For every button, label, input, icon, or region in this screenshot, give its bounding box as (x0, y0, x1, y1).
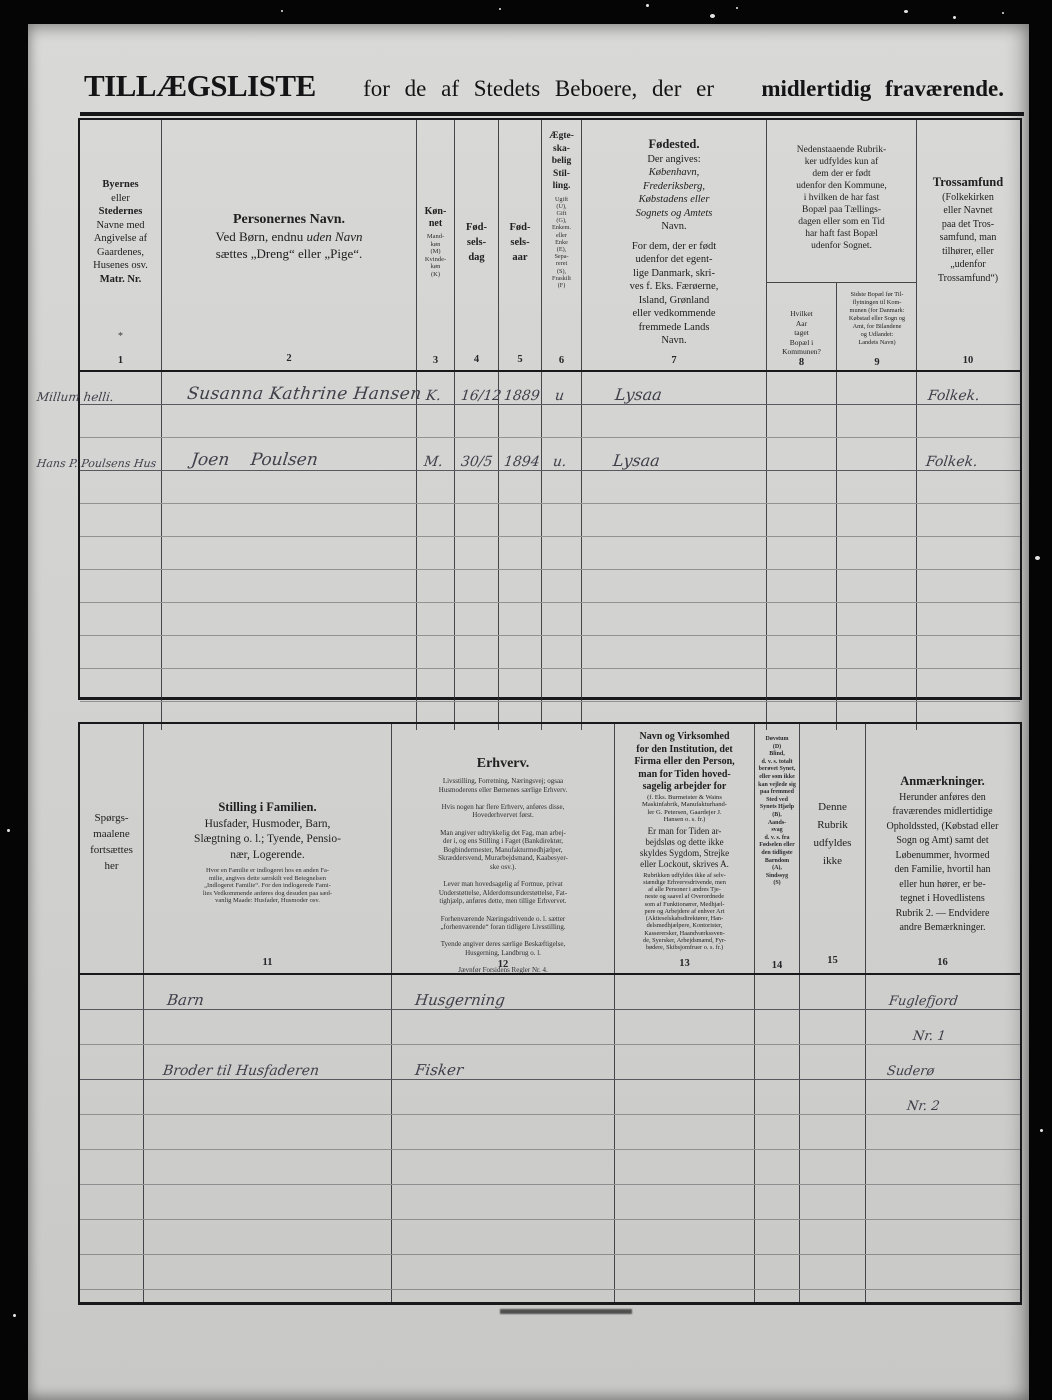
t1-col8-num: 8 (767, 358, 836, 368)
table-upper: Byernes eller Stedernes Navne med Angive… (78, 118, 1022, 700)
scan-speck (499, 8, 501, 10)
t1-col4-bold: Fød- sels- dag (455, 220, 498, 265)
t2-row-empty (80, 1115, 1020, 1150)
t1-r2-name: Joen Poulsen (190, 450, 319, 470)
t2-row-entry-1: Barn Husgerning Fuglefjord (80, 975, 1020, 1010)
t2-col13-head: Navn og Virksomhed for den Institution, … (615, 731, 754, 794)
t1-col2-title: Personernes Navn. (233, 212, 345, 227)
t1-row-empty (80, 603, 1020, 636)
form-title-emphasis: midlertidig fraværende. (761, 76, 1004, 102)
title-rule (80, 112, 1024, 116)
table-lower-header: Spørgs- maalene fortsættes her Stilling … (80, 724, 1020, 975)
t2-col16-header: Anmærkninger. Herunder anføres den fravæ… (866, 724, 1019, 973)
t2-row-empty (80, 1255, 1020, 1290)
t2-col11-num: 11 (144, 955, 391, 971)
t1-col6-small: Ugift (U), Gift (G), Enkem. eller Enke (… (542, 196, 581, 290)
t2-col12-fine: Livsstilling, Forretning, Næringsvej; og… (392, 777, 614, 975)
t1-r1-birthplace-cell: Lysaa (582, 372, 767, 404)
t2-col16-title: Anmærkninger. (900, 774, 985, 788)
t2-r2-position-cell: Broder til Husfaderen (144, 1045, 392, 1079)
t2-col13-fine1: (f. Eks. Burmeister & Wains Maskinfabrik… (615, 794, 754, 824)
t2-row-empty (80, 1290, 1020, 1302)
t1-col1-lines: Navne med Angivelse af Gaardenes, Husene… (80, 219, 161, 273)
t1-col2-sub1a: Ved Børn, endnu (216, 229, 307, 244)
t1-r1-place: Millum helli. (36, 390, 115, 404)
scan-speck (736, 7, 738, 9)
t1-col8-9-group: Nedenstaaende Rubrik- ker udfyldes kun a… (767, 120, 917, 370)
t1-col8-9-subheaders: Hvilket Aar taget Bopæl i Kommunen? 8 Si… (767, 283, 916, 370)
scan-speck (1035, 556, 1040, 560)
t1-col10-title: Trossamfund (933, 175, 1003, 189)
t2-r1-occupation: Husgerning (414, 991, 506, 1009)
t1-col3-num: 3 (417, 355, 454, 367)
t1-r2-year-moved-cell (767, 438, 837, 470)
t1-r2-birthday: 30/5 (460, 454, 493, 470)
t1-r2-sex: M. (423, 454, 444, 470)
t1-r2-name-cell: Joen Poulsen (162, 438, 417, 470)
t1-col7-num: 7 (582, 354, 766, 368)
t1-col9-lines: Sidste Bopæl før Til- flytningen til Kom… (837, 291, 917, 347)
t1-row-empty (80, 636, 1020, 669)
t1-col7-p1b: Navn. (661, 221, 686, 232)
t1-r1-birthyear-cell: 1889 (499, 372, 542, 404)
t2-r2-position: Broder til Husfaderen (162, 1063, 320, 1079)
form-title-main: TILLÆGSLISTE (84, 68, 316, 104)
t2-col15-header: Denne Rubrik udfyldes ikke 15 (800, 724, 866, 973)
t1-col1-b1: Byernes (102, 179, 138, 190)
t1-r1-denomination-cell: Folkek. (917, 372, 1019, 404)
t2-col12-num: 12 (392, 959, 614, 970)
t2-r1-remark-line1: Fuglefjord (888, 994, 959, 1009)
t2-row: Nr. 1 (80, 1010, 1020, 1045)
t1-col7-p1-italic: København, Frederiksberg, Købstadens ell… (582, 166, 766, 220)
t1-col2-header: Personernes Navn. Ved Børn, endnu uden N… (162, 120, 417, 370)
t2-r1-remark-line2: Nr. 1 (912, 1029, 947, 1044)
t1-col3-small: Mand- køn (M) Kvinde- køn (K) (417, 233, 454, 279)
t2-col11-title: Stilling i Familien. (218, 800, 316, 814)
t1-col1-n1: eller (111, 193, 130, 204)
t2-r1-remark-cell-1: Fuglefjord (866, 975, 1019, 1009)
t1-col2-num: 2 (162, 350, 416, 367)
t2-col12-title: Erhverv. (477, 756, 530, 771)
t2-r2-remark-cell-2: Nr. 2 (866, 1080, 1019, 1114)
t1-r1-last-residence-cell (837, 372, 917, 404)
t1-r2-status-cell: u. (542, 438, 582, 470)
t2-col11-fine: Hvor en Familie er indlogeret hos en and… (144, 867, 391, 905)
t1-col7-p2: For dem, der er født udenfor det egent- … (582, 240, 766, 348)
t1-r2-status: u. (552, 454, 567, 470)
t1-r1-sex: K. (425, 388, 442, 404)
t1-row-empty (80, 471, 1020, 504)
t1-r1-name-cell: Susanna Kathrine Hansen (162, 372, 417, 404)
scan-speck (646, 4, 649, 7)
t1-col10-num: 10 (917, 354, 1019, 368)
t1-r2-sex-cell: M. (417, 438, 455, 470)
t2-col15-lines: Denne Rubrik udfyldes ikke (800, 798, 865, 870)
t1-col5-bold: Fød- sels- aar (499, 220, 541, 265)
t1-col2-sub2: sættes „Dreng“ eller „Pige“. (216, 246, 363, 261)
scan-speck (13, 1314, 16, 1317)
t1-r2-denomination: Folkek. (925, 454, 979, 470)
t2-col11-header: Stilling i Familien. Husfader, Husmoder,… (144, 724, 392, 973)
t1-r2-place: Hans P. Poulsens Hus (36, 457, 157, 470)
t1-col10-header: Trossamfund (Folkekirken eller Navnet pa… (917, 120, 1019, 370)
t1-r2-birthyear: 1894 (503, 454, 541, 470)
t1-r1-year-moved-cell (767, 372, 837, 404)
t1-col9-header: Sidste Bopæl før Til- flytningen til Kom… (837, 283, 917, 370)
t2-r1-position-cell: Barn (144, 975, 392, 1009)
t1-r2-denomination-cell: Folkek. (917, 438, 1019, 470)
t1-col9-num: 9 (837, 359, 917, 367)
t1-row-empty (80, 504, 1020, 537)
t1-col6-num: 6 (542, 355, 581, 368)
scan-speck (953, 16, 956, 19)
form-title-middle: for de af Stedets Beboere, der er (363, 76, 714, 102)
t2-col14-lines: Døvstum (D) Blind, d. v. s. totalt berøv… (755, 736, 799, 888)
table-upper-header: Byernes eller Stedernes Navne med Angive… (80, 120, 1020, 372)
t1-col2-sub1b: uden Navn (307, 229, 363, 244)
t2-r2-occupation-cell: Fisker (392, 1045, 615, 1079)
t1-col1-star: * (80, 330, 161, 344)
t1-col7-title: Fødested. (648, 137, 699, 151)
t1-col8-header: Hvilket Aar taget Bopæl i Kommunen? 8 (767, 283, 837, 370)
scan-speck (281, 10, 283, 12)
t1-col1-header: Byernes eller Stedernes Navne med Angive… (80, 120, 162, 370)
t1-r1-status-cell: u (542, 372, 582, 404)
t1-col8-9-group-text: Nedenstaaende Rubrik- ker udfyldes kun a… (767, 120, 916, 283)
t1-r1-birthday-cell: 16/12 (455, 372, 499, 404)
scan-speck (1040, 1129, 1043, 1132)
t2-r1-remark-cell-2: Nr. 1 (866, 1010, 1019, 1044)
t1-r2-place-cell: Hans P. Poulsens Hus (80, 438, 162, 470)
t1-r1-place-cell: Millum helli. (80, 372, 162, 404)
form-title: TILLÆGSLISTE for de af Stedets Beboere, … (84, 68, 1004, 104)
t2-margin-label: Spørgs- maalene fortsættes her (80, 810, 143, 874)
t2-r2-remark-line2: Nr. 2 (906, 1099, 941, 1114)
scan-speck (1002, 12, 1004, 14)
scan-speck (904, 10, 908, 13)
t1-r1-birthyear: 1889 (503, 388, 541, 404)
t2-row-empty (80, 1185, 1020, 1220)
t1-r1-birthday: 16/12 (460, 388, 502, 404)
t2-col12-header: Erhverv. Livsstilling, Forretning, Nærin… (392, 724, 615, 973)
t1-col7-p1a: Der angives: (647, 154, 700, 165)
table-lower: Spørgs- maalene fortsættes her Stilling … (78, 722, 1022, 1305)
t2-r1-position: Barn (166, 991, 205, 1009)
t1-col3-header: Køn- net Mand- køn (M) Kvinde- køn (K) 3 (417, 120, 455, 370)
t1-col7-header: Fødested. Der angives: København, Freder… (582, 120, 767, 370)
t2-row-empty (80, 1220, 1020, 1255)
t1-col3-bold: Køn- net (417, 206, 454, 230)
t1-col5-num: 5 (499, 352, 541, 367)
t1-col8-lines: Hvilket Aar taget Bopæl i Kommunen? (767, 309, 836, 357)
t2-col13-p2: Er man for Tiden ar- bejdsløs og dette i… (615, 826, 754, 870)
t2-col15-num: 15 (800, 952, 865, 970)
scan-speck (7, 829, 10, 832)
t1-row-entry-2: Hans P. Poulsens Hus Joen Poulsen M. 30/… (80, 438, 1020, 471)
t2-col13-fine2: Rubrikken udfyldes ikke af selv- stændig… (615, 872, 754, 951)
t1-r1-denomination: Folkek. (927, 388, 981, 404)
t1-row-empty (80, 537, 1020, 570)
t1-r2-last-residence-cell (837, 438, 917, 470)
printer-mark (500, 1309, 632, 1314)
t1-col1-num: 1 (80, 354, 161, 368)
paper-sheet: TILLÆGSLISTE for de af Stedets Beboere, … (28, 24, 1029, 1400)
t1-col6-bold: Ægte- ska- belig Stil- ling. (542, 130, 581, 193)
t1-row-entry-1: Millum helli. Susanna Kathrine Hansen K.… (80, 372, 1020, 405)
t1-r1-name: Susanna Kathrine Hansen (186, 384, 423, 404)
scan-speck (710, 14, 715, 18)
t1-col5-header: Fød- sels- aar 5 (499, 120, 542, 370)
t2-r2-remark-line1: Suderø (886, 1064, 935, 1079)
t2-col14-num: 14 (755, 962, 799, 970)
t1-r1-status: u (554, 388, 565, 404)
t1-r2-birthplace: Lysaa (612, 451, 661, 470)
t2-r2-remark-cell-1: Suderø (866, 1045, 1019, 1079)
t2-row-entry-2: Broder til Husfaderen Fisker Suderø (80, 1045, 1020, 1080)
t1-row-empty (80, 405, 1020, 438)
t1-row-empty (80, 669, 1020, 702)
t1-r2-birthplace-cell: Lysaa (582, 438, 767, 470)
t2-col13-num: 13 (615, 958, 754, 971)
t2-col16-num: 16 (866, 956, 1019, 971)
scanned-census-form: TILLÆGSLISTE for de af Stedets Beboere, … (0, 0, 1052, 1400)
t1-col1-b3: Matr. Nr. (100, 274, 142, 285)
t2-row-empty (80, 1150, 1020, 1185)
t1-r1-birthplace: Lysaa (614, 385, 663, 404)
t1-r2-birthyear-cell: 1894 (499, 438, 542, 470)
t2-col14-header: Døvstum (D) Blind, d. v. s. totalt berøv… (755, 724, 800, 973)
t2-col13-header: Navn og Virksomhed for den Institution, … (615, 724, 755, 973)
t1-col10-lines: (Folkekirken eller Navnet paa det Tros- … (917, 191, 1019, 286)
t1-col6-header: Ægte- ska- belig Stil- ling. Ugift (U), … (542, 120, 582, 370)
t2-row: Nr. 2 (80, 1080, 1020, 1115)
t1-col4-num: 4 (455, 352, 498, 367)
t2-r2-occupation: Fisker (414, 1061, 464, 1079)
t1-row-empty (80, 570, 1020, 603)
t2-col11-lines: Husfader, Husmoder, Barn, Slægtning o. l… (144, 817, 391, 864)
t1-r1-sex-cell: K. (417, 372, 455, 404)
t1-r2-birthday-cell: 30/5 (455, 438, 499, 470)
t2-margin-header: Spørgs- maalene fortsættes her (80, 724, 144, 973)
t1-col1-b2: Stedernes (99, 206, 143, 217)
t2-r1-occupation-cell: Husgerning (392, 975, 615, 1009)
t1-col4-header: Fød- sels- dag 4 (455, 120, 499, 370)
t2-col16-lines: Herunder anføres den fraværendes midlert… (866, 791, 1019, 936)
